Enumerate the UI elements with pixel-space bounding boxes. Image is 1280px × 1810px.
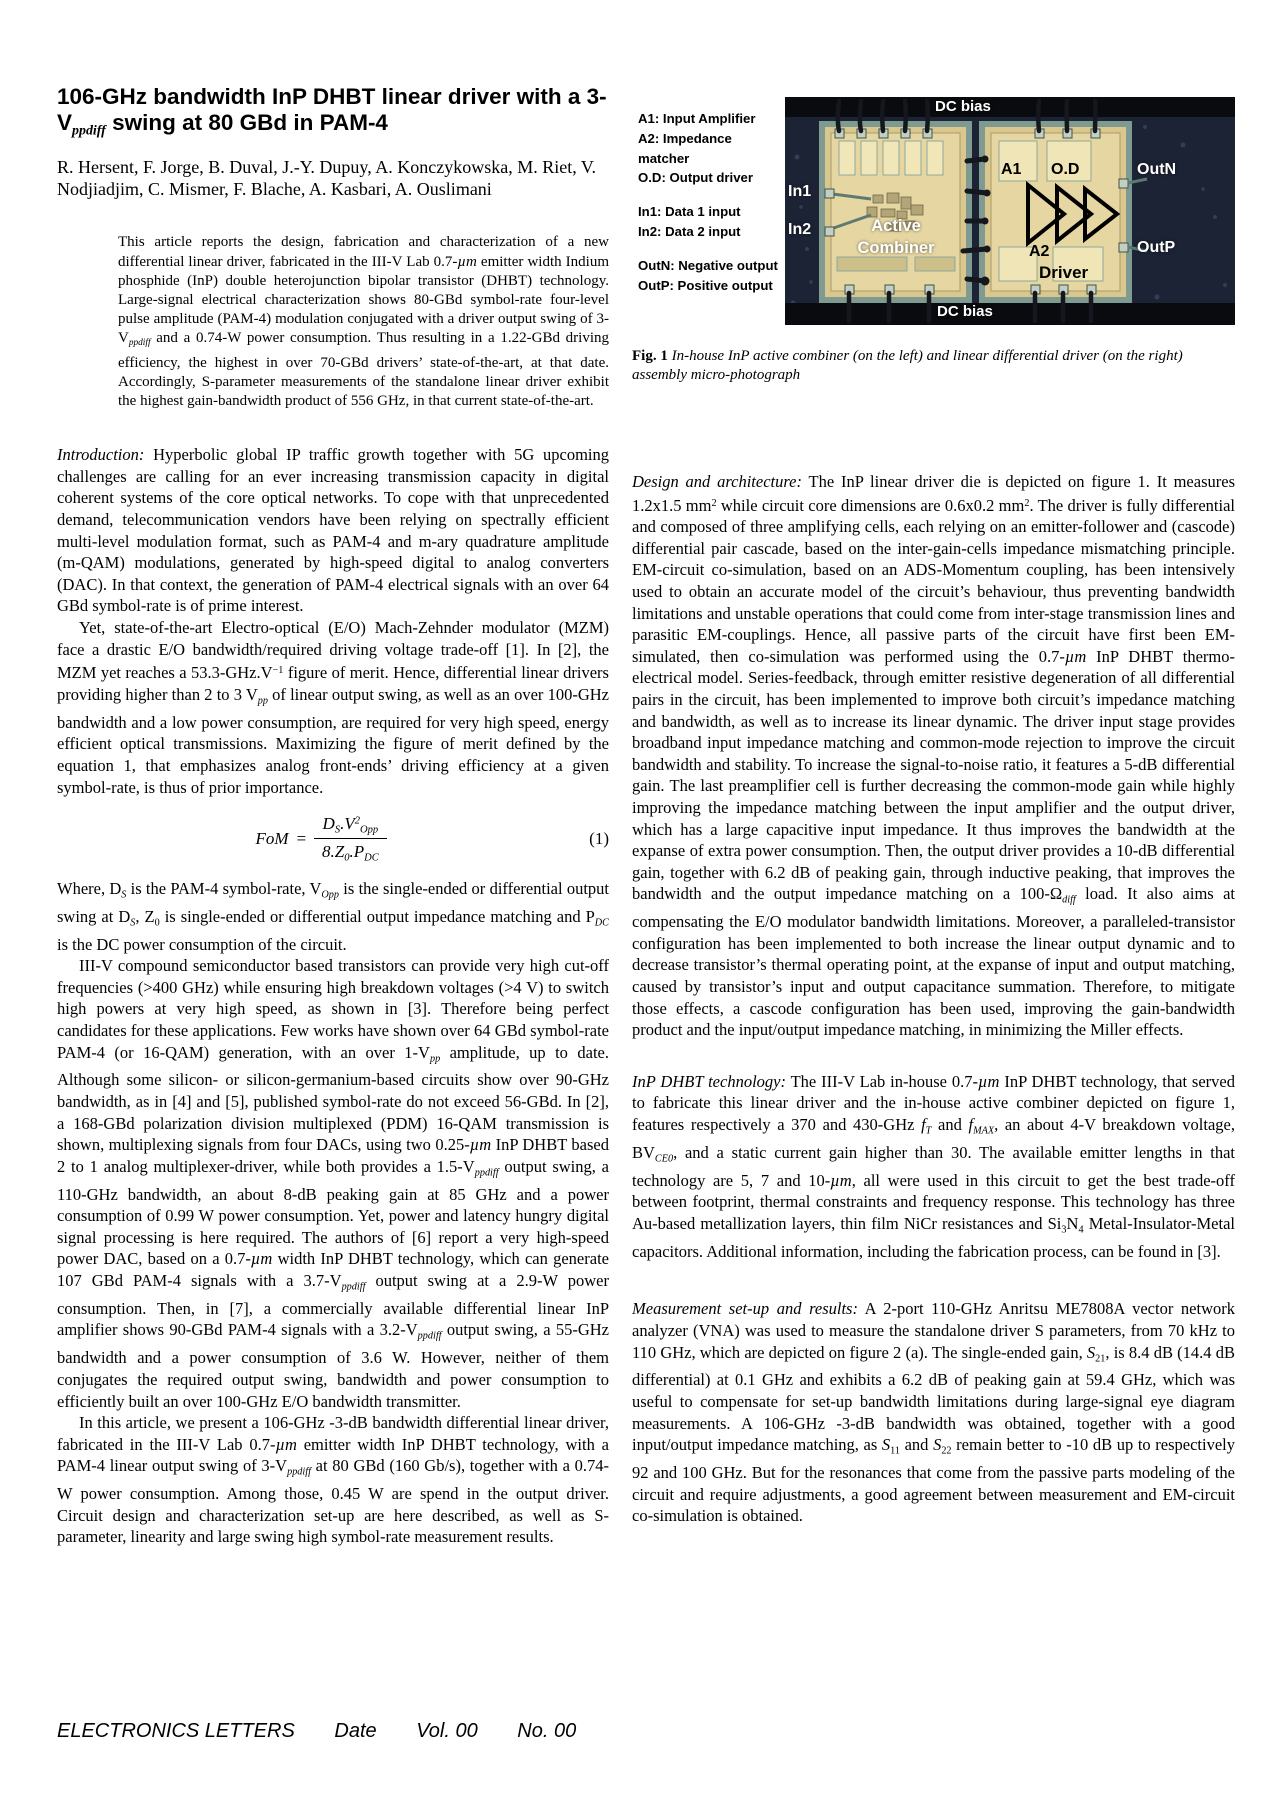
footer-number: No. 00 xyxy=(517,1720,576,1742)
text-segment: S xyxy=(1087,1343,1095,1362)
text-segment: while circuit core dimensions are 0.6x0.… xyxy=(717,496,1025,515)
text-segment: is the DC power consumption of the circu… xyxy=(57,935,347,954)
text-segment: The III-V Lab in-house 0.7- xyxy=(786,1072,978,1091)
text-segment: is the PAM-4 symbol-rate, V xyxy=(126,879,321,898)
text-segment: ppdiff xyxy=(475,1167,499,1178)
text-segment: µm xyxy=(275,1435,296,1454)
text-segment: Fig. 1 xyxy=(632,348,668,364)
text-segment: Introduction: xyxy=(57,445,144,464)
paper-page: 106-GHz bandwidth InP DHBT linear driver… xyxy=(0,0,1280,1810)
text-segment: pp xyxy=(430,1053,440,1064)
text-segment: Where, D xyxy=(57,879,121,898)
equation-equals: = xyxy=(295,829,306,849)
text-segment: 22 xyxy=(941,1445,951,1456)
text-segment: Hyperbolic global IP traffic growth toge… xyxy=(57,445,609,615)
text-segment: .P xyxy=(349,842,364,861)
text-segment: µm xyxy=(457,254,476,270)
photo-label-dc-bias-top: DC bias xyxy=(935,98,991,115)
page-title: 106-GHz bandwidth InP DHBT linear driver… xyxy=(57,84,609,143)
introduction-paragraph-1: Introduction: Hyperbolic global IP traff… xyxy=(57,444,609,617)
figure-legend: A1: Input Amplifier A2: Impedance matche… xyxy=(638,109,784,309)
design-architecture-paragraph: Design and architecture: The InP linear … xyxy=(632,471,1235,1041)
text-segment: D xyxy=(323,814,335,833)
photo-label-a2: A2 xyxy=(1029,243,1049,261)
text-segment: Design and architecture: xyxy=(632,472,802,491)
text-segment: Opp xyxy=(321,889,339,900)
text-segment: InP DHBT technology: xyxy=(632,1072,786,1091)
text-segment: ppdiff xyxy=(72,123,106,138)
photo-label-in1: In1 xyxy=(788,183,811,201)
text-segment: Opp xyxy=(360,824,378,835)
text-segment: µm xyxy=(830,1171,851,1190)
text-segment: MAX xyxy=(973,1125,994,1136)
equation-fraction: DS.V2Opp 8.Z0.PDC xyxy=(314,814,387,864)
legend-line-outn: OutN: Negative output xyxy=(638,256,784,276)
text-segment: InP DHBT thermo-electrical model. Series… xyxy=(632,647,1235,904)
text-segment: DC xyxy=(595,917,609,928)
text-segment: Measurement set-up and results: xyxy=(632,1299,858,1318)
text-segment: swing at 80 GBd in PAM-4 xyxy=(106,110,388,135)
text-segment: DC xyxy=(364,853,379,864)
text-segment: , Z xyxy=(135,907,154,926)
figure-1: A1: Input Amplifier A2: Impedance matche… xyxy=(632,97,1235,325)
text-segment: ppdiff xyxy=(129,338,151,348)
equation-numerator: DS.V2Opp xyxy=(314,814,387,839)
text-segment: 11 xyxy=(890,1445,900,1456)
equation-lhs: FoM xyxy=(255,829,288,849)
footer-date: Date xyxy=(334,1720,376,1742)
text-segment: pp xyxy=(258,695,268,706)
equation-1: FoM = DS.V2Opp 8.Z0.PDC (1) xyxy=(57,814,609,864)
right-column: A1: Input Amplifier A2: Impedance matche… xyxy=(632,0,1235,1527)
legend-amplifier-group: A1: Input Amplifier A2: Impedance matche… xyxy=(638,109,784,188)
text-segment: ppdiff xyxy=(418,1331,442,1342)
text-segment: 21 xyxy=(1095,1353,1105,1364)
footer-volume: Vol. 00 xyxy=(416,1720,478,1742)
in-this-article-paragraph: In this article, we present a 106-GHz -3… xyxy=(57,1412,609,1548)
left-column: 106-GHz bandwidth InP DHBT linear driver… xyxy=(57,0,609,1548)
authors: R. Hersent, F. Jorge, B. Duval, J.-Y. Du… xyxy=(57,156,609,200)
text-segment: load. It also aims at compensating the E… xyxy=(632,884,1235,1039)
legend-line-a2: A2: Impedance matcher xyxy=(638,129,784,169)
text-segment: N xyxy=(1067,1214,1079,1233)
figure-caption: Fig. 1 In-house InP active combiner (on … xyxy=(632,347,1235,385)
photo-label-driver: Driver xyxy=(1039,263,1088,283)
photo-label-od: O.D xyxy=(1051,161,1079,179)
legend-line-in2: In2: Data 2 input xyxy=(638,222,784,242)
introduction-paragraph-2: Yet, state-of-the-art Electro-optical (E… xyxy=(57,617,609,798)
inp-dhbt-technology-paragraph: InP DHBT technology: The III-V Lab in-ho… xyxy=(632,1071,1235,1263)
text-segment: ppdiff xyxy=(287,1467,311,1478)
photo-label-dc-bias-bottom: DC bias xyxy=(937,303,993,320)
text-segment: CE0 xyxy=(655,1153,673,1164)
text-segment: µm xyxy=(470,1135,491,1154)
photo-label-outn: OutN xyxy=(1137,161,1176,179)
measurement-paragraph: Measurement set-up and results: A 2-port… xyxy=(632,1298,1235,1526)
text-segment: and a 0.74-W power consumption. Thus res… xyxy=(118,330,609,409)
journal-footer: ELECTRONICS LETTERS Date Vol. 00 No. 00 xyxy=(57,1720,610,1743)
photo-label-a1: A1 xyxy=(1001,161,1021,179)
legend-input-group: In1: Data 1 input In2: Data 2 input xyxy=(638,202,784,242)
text-segment: 8.Z xyxy=(322,842,344,861)
legend-line-in1: In1: Data 1 input xyxy=(638,202,784,222)
text-segment: and xyxy=(931,1115,968,1134)
equation-body: FoM = DS.V2Opp 8.Z0.PDC xyxy=(57,814,585,864)
chip-photo-art xyxy=(785,97,1235,325)
legend-line-od: O.D: Output driver xyxy=(638,168,784,188)
abstract: This article reports the design, fabrica… xyxy=(118,233,609,411)
text-segment: µm xyxy=(251,1249,272,1268)
photo-label-active-combiner: Active Combiner xyxy=(831,215,961,260)
footer-journal-name: ELECTRONICS LETTERS xyxy=(57,1720,295,1742)
where-paragraph: Where, DS is the PAM-4 symbol-rate, VOpp… xyxy=(57,878,609,955)
iii-v-paragraph: III-V compound semiconductor based trans… xyxy=(57,955,609,1412)
chip-micrograph: DC bias DC bias In1 In2 OutN OutP Active… xyxy=(785,97,1235,325)
text-segment: . The driver is fully differential and c… xyxy=(632,496,1235,666)
text-segment: S xyxy=(882,1435,890,1454)
equation-denominator: 8.Z0.PDC xyxy=(314,839,387,863)
text-segment: .V xyxy=(340,814,355,833)
legend-output-group: OutN: Negative output OutP: Positive out… xyxy=(638,256,784,296)
text-segment: In-house InP active combiner (on the lef… xyxy=(632,348,1183,383)
text-segment: −1 xyxy=(273,665,284,676)
photo-label-outp: OutP xyxy=(1137,239,1175,257)
legend-line-a1: A1: Input Amplifier xyxy=(638,109,784,129)
text-segment: µm xyxy=(978,1072,999,1091)
text-segment: is single-ended or differential output i… xyxy=(160,907,595,926)
text-segment: ppdiff xyxy=(342,1281,366,1292)
text-segment: diff xyxy=(1062,895,1076,906)
equation-number: (1) xyxy=(589,829,609,849)
photo-label-in2: In2 xyxy=(788,221,811,239)
text-segment: µm xyxy=(1065,647,1086,666)
legend-line-outp: OutP: Positive output xyxy=(638,276,784,296)
text-segment: and xyxy=(900,1435,933,1454)
